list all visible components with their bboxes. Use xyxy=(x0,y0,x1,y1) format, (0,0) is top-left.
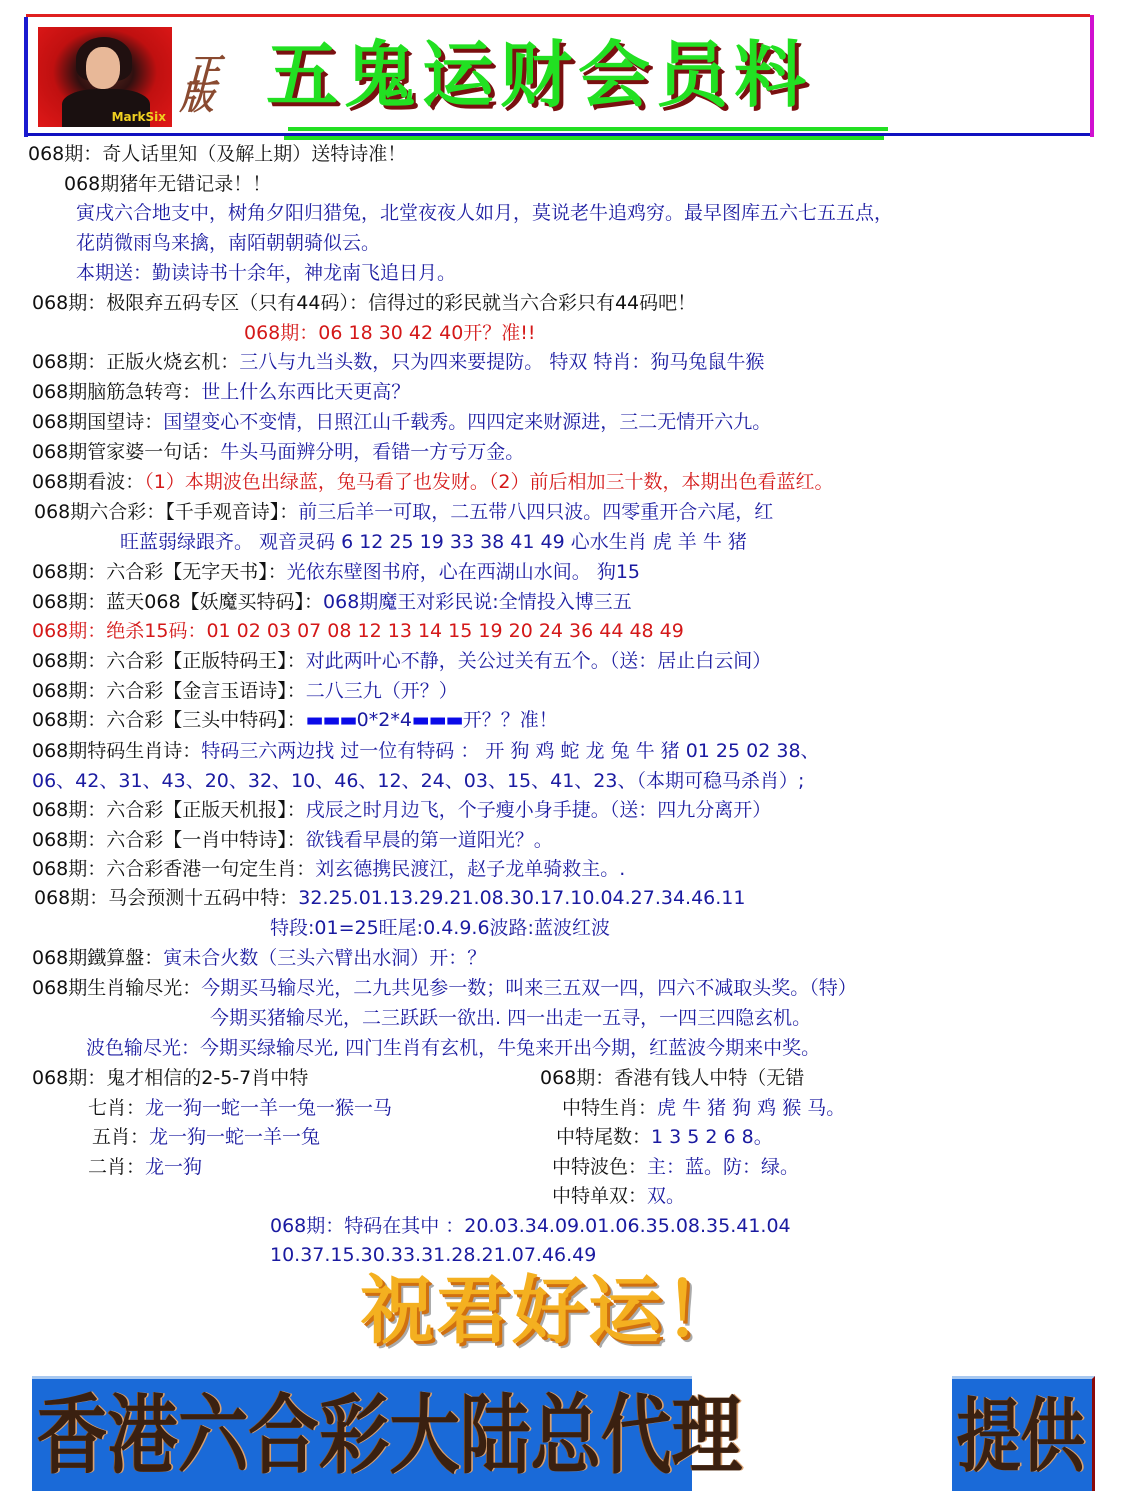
text-line: 波色输尽光：今期买绿输尽光, 四门生肖有玄机，牛兔来开出今期，红蓝波今期来中奖。 xyxy=(86,1036,820,1060)
text-segment: 寅未合火数（三头六臂出水洞）开：？ xyxy=(163,947,486,969)
text-line: 06、42、31、43、20、32、10、46、12、24、03、15、41、2… xyxy=(32,769,804,793)
text-line: 寅戌六合地支中，树角夕阳归猎兔，北堂夜夜人如月，莫说老牛追鸡穷。最早图库五六七五… xyxy=(76,201,893,225)
text-segment: 戌辰之时月边飞，个子瘦小身手捷。（送：四九分离开） xyxy=(306,799,772,821)
header-banner: MarkSix 正版 五鬼运财会员料 xyxy=(26,14,1090,136)
text-segment: 二肖： xyxy=(88,1156,145,1178)
text-line: 068期：马会预测十五码中特：32.25.01.13.29.21.08.30.1… xyxy=(34,886,746,910)
text-segment: 今期买猪输尽光，二三跃跃一欲出. 四一出走一五寻，一四三四隐玄机。 xyxy=(210,1007,811,1029)
agent-banner-text: 香港六合彩大陆总代理 xyxy=(32,1379,573,1491)
text-line: 中特尾数：1 3 5 2 6 8。 xyxy=(556,1125,773,1149)
text-segment: 068期特码生肖诗： xyxy=(32,740,201,762)
text-segment: 龙一狗一蛇一羊一兔一猴一马 xyxy=(145,1097,392,1119)
text-segment: 牛头马面辨分明，看错一方亏万金。 xyxy=(220,441,524,463)
text-segment: 特段:01=25旺尾:0.4.9.6波路:蓝波红波 xyxy=(270,917,610,939)
text-segment: 068期：绝杀15码：01 02 03 07 08 12 13 14 15 19… xyxy=(32,620,684,642)
text-segment: 寅戌六合地支中，树角夕阳归猎兔，北堂夜夜人如月，莫说老牛追鸡穷。最早图库五六七五… xyxy=(76,202,893,224)
text-line: 本期送：勤读诗书十余年，神龙南飞追日月。 xyxy=(76,261,456,285)
text-line: 10.37.15.30.33.31.28.21.07.46.49 xyxy=(270,1243,596,1267)
text-line: 068期：六合彩【金言玉语诗】：二八三九（开？） xyxy=(32,679,458,703)
text-line: 花荫微雨鸟来擒，南陌朝朝骑似云。 xyxy=(76,231,380,255)
text-segment: 068期：六合彩【三头中特码】： xyxy=(32,709,306,731)
title-underline xyxy=(288,127,888,131)
text-segment: 068期：鬼才相信的2-5-7肖中特 xyxy=(32,1067,308,1089)
text-segment: 068期：06 18 30 42 40开？准!! xyxy=(244,322,536,344)
text-segment: 068期：六合彩香港一句定生肖： xyxy=(32,858,315,880)
text-line: 068期：06 18 30 42 40开？准!! xyxy=(244,321,536,345)
text-segment: 1 3 5 2 6 8。 xyxy=(651,1126,773,1148)
page-title: 五鬼运财会员料 xyxy=(266,33,812,117)
title-underline-2 xyxy=(284,136,884,140)
text-segment: 068期：六合彩【正版特码王】： xyxy=(32,650,306,672)
bar-glyph-icon: ▬▬▬ xyxy=(306,708,357,732)
text-segment: 龙一狗 xyxy=(145,1156,202,1178)
text-segment: 068期：特码在其中 ：20.03.34.09.01.06.35.08.35.4… xyxy=(270,1215,791,1237)
text-line: 中特波色：主：蓝。防：绿。 xyxy=(552,1155,799,1179)
text-segment: 二八三九（开？） xyxy=(306,680,458,702)
text-segment: 068期：六合彩【正版天机报】： xyxy=(32,799,306,821)
text-segment: 068期看波： xyxy=(32,471,144,493)
text-segment: 06、42、31、43、20、32、10、46、12、24、03、15、41、2… xyxy=(32,770,804,792)
text-line: 068期鐵算盤：寅未合火数（三头六臂出水洞）开：？ xyxy=(32,946,486,970)
text-segment: 旺蓝弱绿跟齐。 观音灵码 6 12 25 19 33 38 41 49 心水生肖… xyxy=(120,531,747,553)
text-segment: 068期猪年无错记录！！ xyxy=(64,173,271,195)
text-segment: 主：蓝。防：绿。 xyxy=(647,1156,799,1178)
text-segment: 068期：马会预测十五码中特： xyxy=(34,887,298,909)
bar-glyph-icon: ▬▬▬ xyxy=(412,708,463,732)
text-line: 特段:01=25旺尾:0.4.9.6波路:蓝波红波 xyxy=(270,916,610,940)
provider-banner-text: 提供 xyxy=(952,1379,1064,1491)
text-segment: 068期鐵算盤： xyxy=(32,947,163,969)
text-segment: 前三后羊一可取，二五带八四只波。四零重开合六尾，红 xyxy=(298,501,773,523)
header-left-border xyxy=(24,17,28,137)
text-segment: 国望变心不变情，日照江山千载秀。四四定来财源进，三二无情开六九。 xyxy=(163,411,771,433)
text-segment: 中特生肖： xyxy=(562,1097,657,1119)
header-right-border xyxy=(1090,15,1094,137)
text-segment: 五肖： xyxy=(92,1126,149,1148)
text-segment: 32.25.01.13.29.21.08.30.17.10.04.27.34.4… xyxy=(298,887,745,909)
text-segment: 世上什么东西比天更高？ xyxy=(201,381,410,403)
text-segment: 中特尾数： xyxy=(556,1126,651,1148)
text-segment: 中特波色： xyxy=(552,1156,647,1178)
photo-tag: MarkSix xyxy=(112,110,166,124)
text-line: 068期：六合彩【三头中特码】：▬▬▬0*2*4▬▬▬开？？准！ xyxy=(32,708,558,732)
text-line: 068期特码生肖诗：特码三六两边找 过一位有特码 ： 开 狗 鸡 蛇 龙 兔 牛… xyxy=(32,739,820,763)
text-segment: 开？？准！ xyxy=(463,709,558,731)
text-segment: 068期国望诗： xyxy=(32,411,163,433)
text-line: 今期买猪输尽光，二三跃跃一欲出. 四一出走一五寻，一四三四隐玄机。 xyxy=(210,1006,811,1030)
text-line: 068期：特码在其中 ：20.03.34.09.01.06.35.08.35.4… xyxy=(270,1214,791,1238)
text-line: 二肖：龙一狗 xyxy=(88,1155,202,1179)
text-segment: 波色输尽光：今期买绿输尽光, 四门生肖有玄机，牛兔来开出今期，红蓝波今期来中奖。 xyxy=(86,1037,820,1059)
zhengban-badge: 正版 xyxy=(177,53,225,105)
text-segment: 068期管家婆一句话： xyxy=(32,441,220,463)
text-line: 068期：六合彩【正版特码王】：对此两叶心不静，关公过关有五个。（送：居止白云间… xyxy=(32,649,771,673)
text-segment: 七肖： xyxy=(88,1097,145,1119)
text-segment: 中特单双： xyxy=(552,1185,647,1207)
text-segment: 10.37.15.30.33.31.28.21.07.46.49 xyxy=(270,1244,596,1266)
text-line: 068期：极限弃五码专区（只有44码）：信得过的彩民就当六合彩只有44码吧！ xyxy=(32,291,696,315)
text-segment: 068期生肖输尽光： xyxy=(32,977,201,999)
text-line: 068期脑筋急转弯：世上什么东西比天更高？ xyxy=(32,380,410,404)
text-segment: 068期：香港有钱人中特（无错 xyxy=(540,1067,804,1089)
text-line: 068期：六合彩【一肖中特诗】：欲钱看早晨的第一道阳光？。 xyxy=(32,828,553,852)
text-line: 中特生肖：虎 牛 猪 狗 鸡 猴 马。 xyxy=(562,1096,845,1120)
text-segment: 068期：六合彩【无字天书】： xyxy=(32,561,287,583)
text-line: 068期：正版火烧玄机：三八与九当头数，只为四来要提防。 特双 特肖：狗马兔鼠牛… xyxy=(32,350,764,374)
text-segment: 双。 xyxy=(647,1185,685,1207)
text-line: 068期：蓝天068【妖魔买特码】：068期魔王对彩民说:全情投入博三五 xyxy=(32,590,632,614)
provider-banner: 提供 xyxy=(952,1376,1095,1491)
text-line: 068期：绝杀15码：01 02 03 07 08 12 13 14 15 19… xyxy=(32,619,684,643)
text-segment: 068期：六合彩【一肖中特诗】： xyxy=(32,829,306,851)
text-segment: （1）本期波色出绿蓝，兔马看了也发财。（2）前后相加三十数，本期出色看蓝红。 xyxy=(144,471,833,493)
text-segment: 068期脑筋急转弯： xyxy=(32,381,201,403)
text-line: 五肖：龙一狗一蛇一羊一兔 xyxy=(92,1125,320,1149)
text-line: 068期：六合彩香港一句定生肖：刘玄德携民渡江，赵子龙单骑救主。. xyxy=(32,857,625,881)
text-segment: 068期：蓝天068【妖魔买特码】： xyxy=(32,591,323,613)
text-line: 中特单双：双。 xyxy=(552,1184,685,1208)
text-line: 068期：六合彩【无字天书】：光依东壁图书府，心在西湖山水间。 狗15 xyxy=(32,560,640,584)
text-segment: 刘玄德携民渡江，赵子龙单骑救主。. xyxy=(315,858,625,880)
text-line: 旺蓝弱绿跟齐。 观音灵码 6 12 25 19 33 38 41 49 心水生肖… xyxy=(120,530,747,554)
good-luck-slogan: 祝君好运！ xyxy=(360,1266,740,1356)
text-segment: 068期：奇人话里知（及解上期）送特诗准！ xyxy=(28,143,406,165)
text-segment: 068期：六合彩【金言玉语诗】： xyxy=(32,680,306,702)
text-segment: 0*2*4 xyxy=(357,709,412,731)
text-line: 068期看波：（1）本期波色出绿蓝，兔马看了也发财。（2）前后相加三十数，本期出… xyxy=(32,470,833,494)
text-segment: 花荫微雨鸟来擒，南陌朝朝骑似云。 xyxy=(76,232,380,254)
text-line: 068期国望诗：国望变心不变情，日照江山千载秀。四四定来财源进，三二无情开六九。 xyxy=(32,410,771,434)
text-segment: 特码三六两边找 过一位有特码 ： 开 狗 鸡 蛇 龙 兔 牛 猪 01 25 0… xyxy=(201,740,819,762)
text-line: 068期生肖输尽光：今期买马输尽光，二九共见参一数；叫来三五双一四，四六不减取头… xyxy=(32,976,857,1000)
text-line: 068期：奇人话里知（及解上期）送特诗准！ xyxy=(28,142,406,166)
text-segment: 欲钱看早晨的第一道阳光？。 xyxy=(306,829,553,851)
text-segment: 今期买马输尽光，二九共见参一数；叫来三五双一四，四六不减取头奖。（特） xyxy=(201,977,857,999)
text-segment: 光依东壁图书府，心在西湖山水间。 狗15 xyxy=(287,561,640,583)
text-line: 068期管家婆一句话：牛头马面辨分明，看错一方亏万金。 xyxy=(32,440,524,464)
text-line: 068期：香港有钱人中特（无错 xyxy=(540,1066,804,1090)
text-segment: 068期：正版火烧玄机： xyxy=(32,351,239,373)
text-line: 七肖：龙一狗一蛇一羊一兔一猴一马 xyxy=(88,1096,392,1120)
avatar-face xyxy=(86,47,120,89)
text-segment: 龙一狗一蛇一羊一兔 xyxy=(149,1126,320,1148)
text-segment: 虎 牛 猪 狗 鸡 猴 马。 xyxy=(657,1097,845,1119)
avatar-photo: MarkSix xyxy=(38,27,172,127)
text-segment: 068期魔王对彩民说:全情投入博三五 xyxy=(323,591,632,613)
text-line: 068期：六合彩【正版天机报】：戌辰之时月边飞，个子瘦小身手捷。（送：四九分离开… xyxy=(32,798,771,822)
text-line: 068期猪年无错记录！！ xyxy=(64,172,271,196)
text-segment: 对此两叶心不静，关公过关有五个。（送：居止白云间） xyxy=(306,650,772,672)
text-segment: 068期：极限弃五码专区（只有44码）：信得过的彩民就当六合彩只有44码吧！ xyxy=(32,292,696,314)
text-line: 068期：鬼才相信的2-5-7肖中特 xyxy=(32,1066,308,1090)
text-line: 068期六合彩：【千手观音诗】：前三后羊一可取，二五带八四只波。四零重开合六尾，… xyxy=(34,500,773,524)
text-segment: 068期六合彩：【千手观音诗】： xyxy=(34,501,298,523)
agent-banner: 香港六合彩大陆总代理 xyxy=(32,1376,692,1491)
text-segment: 本期送：勤读诗书十余年，神龙南飞追日月。 xyxy=(76,262,456,284)
text-segment: 三八与九当头数，只为四来要提防。 特双 特肖：狗马兔鼠牛猴 xyxy=(239,351,764,373)
